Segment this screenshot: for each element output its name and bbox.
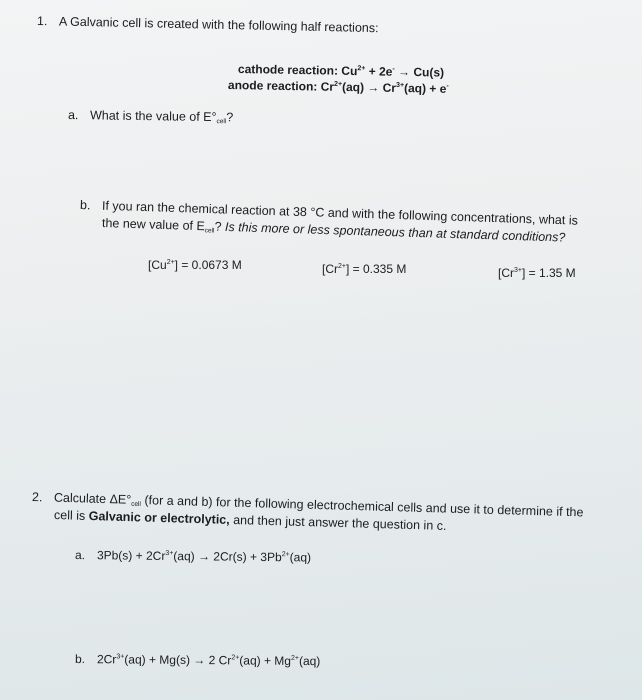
concentration-cu2: [Cu2+] = 0.0673 M bbox=[148, 258, 242, 272]
concentration-cr2: [Cr2+] = 0.335 M bbox=[322, 262, 406, 276]
question-1-prompt: 1.A Galvanic cell is created with the fo… bbox=[37, 14, 379, 35]
question-2a-reaction: a.3Pb(s) + 2Cr3+(aq) → 2Cr(s) + 3Pb2+(aq… bbox=[75, 548, 311, 564]
question-1a: a.What is the value of E°cell? bbox=[68, 108, 233, 124]
cathode-reaction: cathode reaction: Cu2+ + 2e- → Cu(s) bbox=[238, 62, 444, 80]
question-2b-reaction: b.2Cr3+(aq) + Mg(s) → 2 Cr2+(aq) + Mg2+(… bbox=[75, 652, 320, 668]
question-number: 1. bbox=[37, 14, 59, 28]
anode-reaction: anode reaction: Cr2+(aq) → Cr3+(aq) + e- bbox=[228, 78, 449, 96]
concentration-cr3: [Cr3+] = 1.35 M bbox=[498, 266, 576, 280]
